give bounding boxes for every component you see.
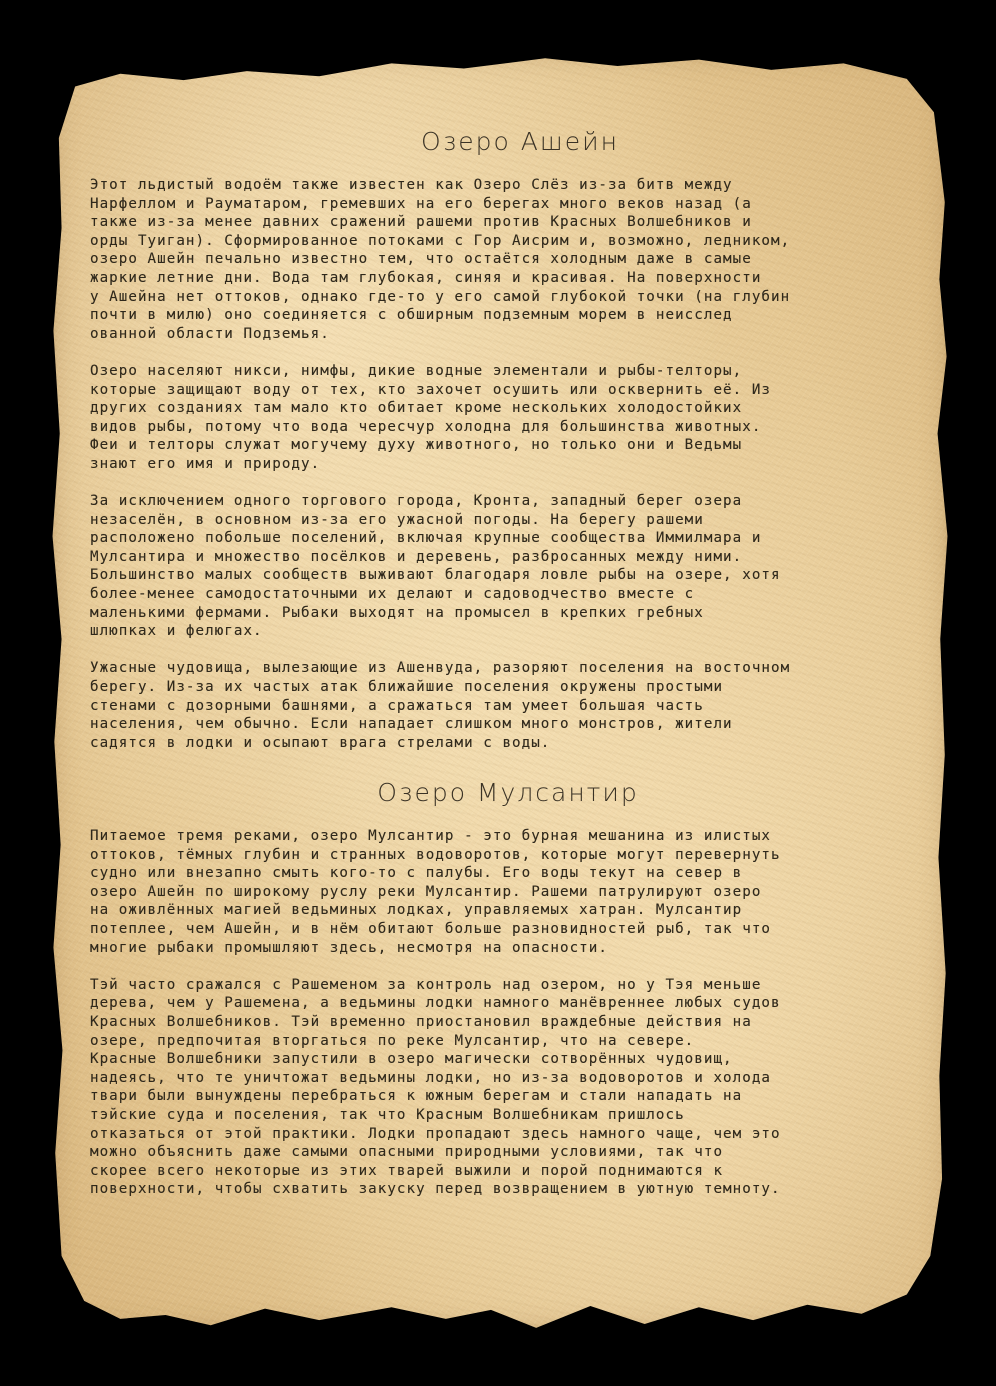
section-title: Озеро Ашейн [100, 120, 940, 164]
paragraph: Ужасные чудовища, вылезающие из Ашенвуда… [90, 659, 940, 752]
paragraph: Питаемое тремя реками, озеро Мулсантир -… [90, 827, 940, 957]
section-lake-mulsantir: Озеро Мулсантир Питаемое тремя реками, о… [90, 771, 940, 1199]
paragraph: Этот льдистый водоём также известен как … [90, 176, 940, 343]
document-content: Озеро Ашейн Этот льдистый водоём также и… [90, 120, 940, 1217]
section-lake-ashane: Озеро Ашейн Этот льдистый водоём также и… [90, 120, 940, 752]
paragraph: Озеро населяют никси, нимфы, дикие водны… [90, 362, 940, 474]
section-title: Озеро Мулсантир [76, 771, 940, 815]
paragraph: За исключением одного торгового города, … [90, 492, 940, 641]
paragraph: Тэй часто сражался с Рашеменом за контро… [90, 976, 940, 1199]
